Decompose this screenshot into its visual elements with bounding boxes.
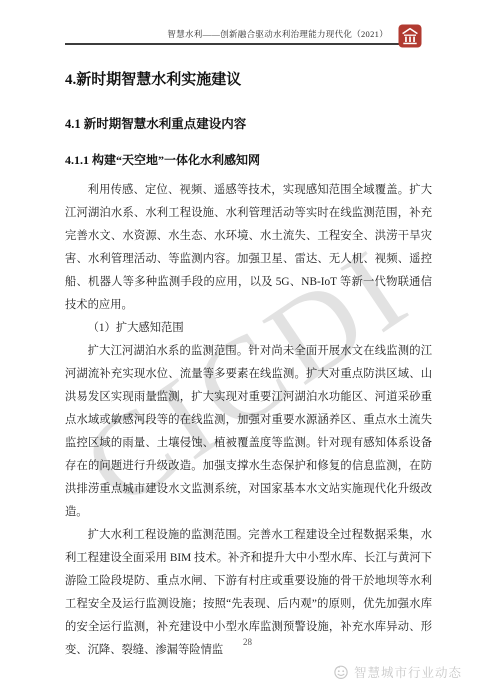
body-paragraph: 利用传感、定位、视频、遥感等技术，实现感知范围全域覆盖。扩大江河湖泊水系、水利工… xyxy=(65,179,432,317)
page-header: 智慧水利——创新融合驱动水利治理能力现代化（2021） xyxy=(65,28,432,45)
document-page: CICDI 智慧水利——创新融合驱动水利治理能力现代化（2021） 4.新时期智… xyxy=(0,0,495,700)
body-paragraphs: 利用传感、定位、视频、遥感等技术，实现感知范围全域覆盖。扩大江河湖泊水系、水利工… xyxy=(65,179,432,662)
channel-name: 智慧城市行业动态 xyxy=(354,663,462,681)
body-paragraph: 扩大江河湖泊水系的监测范围。针对尚未全面开展水文在线监测的江河湖流补充实现水位、… xyxy=(65,340,432,524)
publisher-building-icon xyxy=(398,24,422,48)
section-heading-level3: 4.1.1 构建“天空地”一体化水利感知网 xyxy=(65,151,432,168)
section-heading-level1: 4.新时期智慧水利实施建议 xyxy=(65,68,432,89)
document-body: 4.新时期智慧水利实施建议 4.1 新时期智慧水利重点建设内容 4.1.1 构建… xyxy=(65,62,432,662)
smiley-face-icon xyxy=(333,664,349,680)
channel-watermark: 智慧城市行业动态 xyxy=(333,663,462,681)
page-number: 28 xyxy=(0,637,495,647)
body-paragraph: （1）扩大感知范围 xyxy=(65,317,432,340)
running-head-title: 智慧水利——创新融合驱动水利治理能力现代化（2021） xyxy=(65,28,432,40)
section-heading-level2: 4.1 新时期智慧水利重点建设内容 xyxy=(65,114,432,132)
header-divider xyxy=(65,43,418,45)
